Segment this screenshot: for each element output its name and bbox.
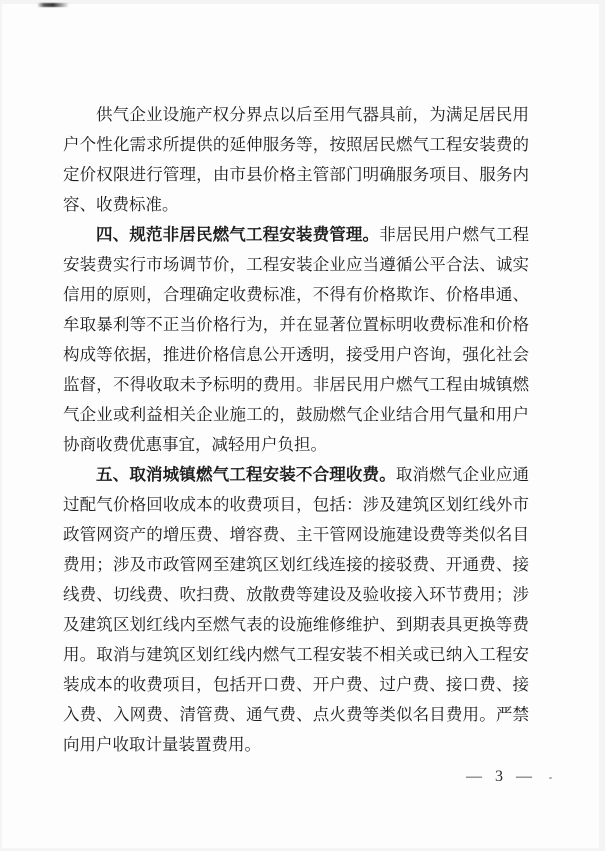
paragraph: 五、取消城镇燃气工程安装不合理收费。取消燃气企业应通过配气价格回收成本的收费项目…	[63, 460, 529, 760]
document-page: 供气企业设施产权分界点以后至用气器具前，为满足居民用户个性化需求所提供的延伸服务…	[2, 4, 599, 848]
scan-smudge-artifact	[37, 3, 69, 7]
paragraph: 供气企业设施产权分界点以后至用气器具前，为满足居民用户个性化需求所提供的延伸服务…	[63, 100, 529, 220]
document-text: 供气企业设施产权分界点以后至用气器具前，为满足居民用户个性化需求所提供的延伸服务…	[63, 100, 529, 789]
paragraph-lead: 四、规范非居民燃气工程安装费管理。	[96, 226, 379, 244]
paragraph-text: 取消燃气企业应通过配气价格回收成本的收费项目，包括：涉及建筑区划红线外市政管网资…	[63, 465, 529, 754]
paragraph-text: 供气企业设施产权分界点以后至用气器具前，为满足居民用户个性化需求所提供的延伸服务…	[63, 105, 529, 214]
scan-dot-artifact	[549, 777, 552, 779]
scan-background: { "document": { "paragraphs": [ { "lead"…	[0, 0, 605, 851]
paragraph-lead: 五、取消城镇燃气工程安装不合理收费。	[96, 466, 396, 484]
paragraph: 四、规范非居民燃气工程安装费管理。非居民用户燃气工程安装费实行市场调节价，工程安…	[63, 220, 529, 460]
paragraph-text: 非居民用户燃气工程安装费实行市场调节价，工程安装企业应当遵循公平合法、诚实信用的…	[63, 225, 529, 454]
page-number: — 3 —	[63, 765, 533, 789]
